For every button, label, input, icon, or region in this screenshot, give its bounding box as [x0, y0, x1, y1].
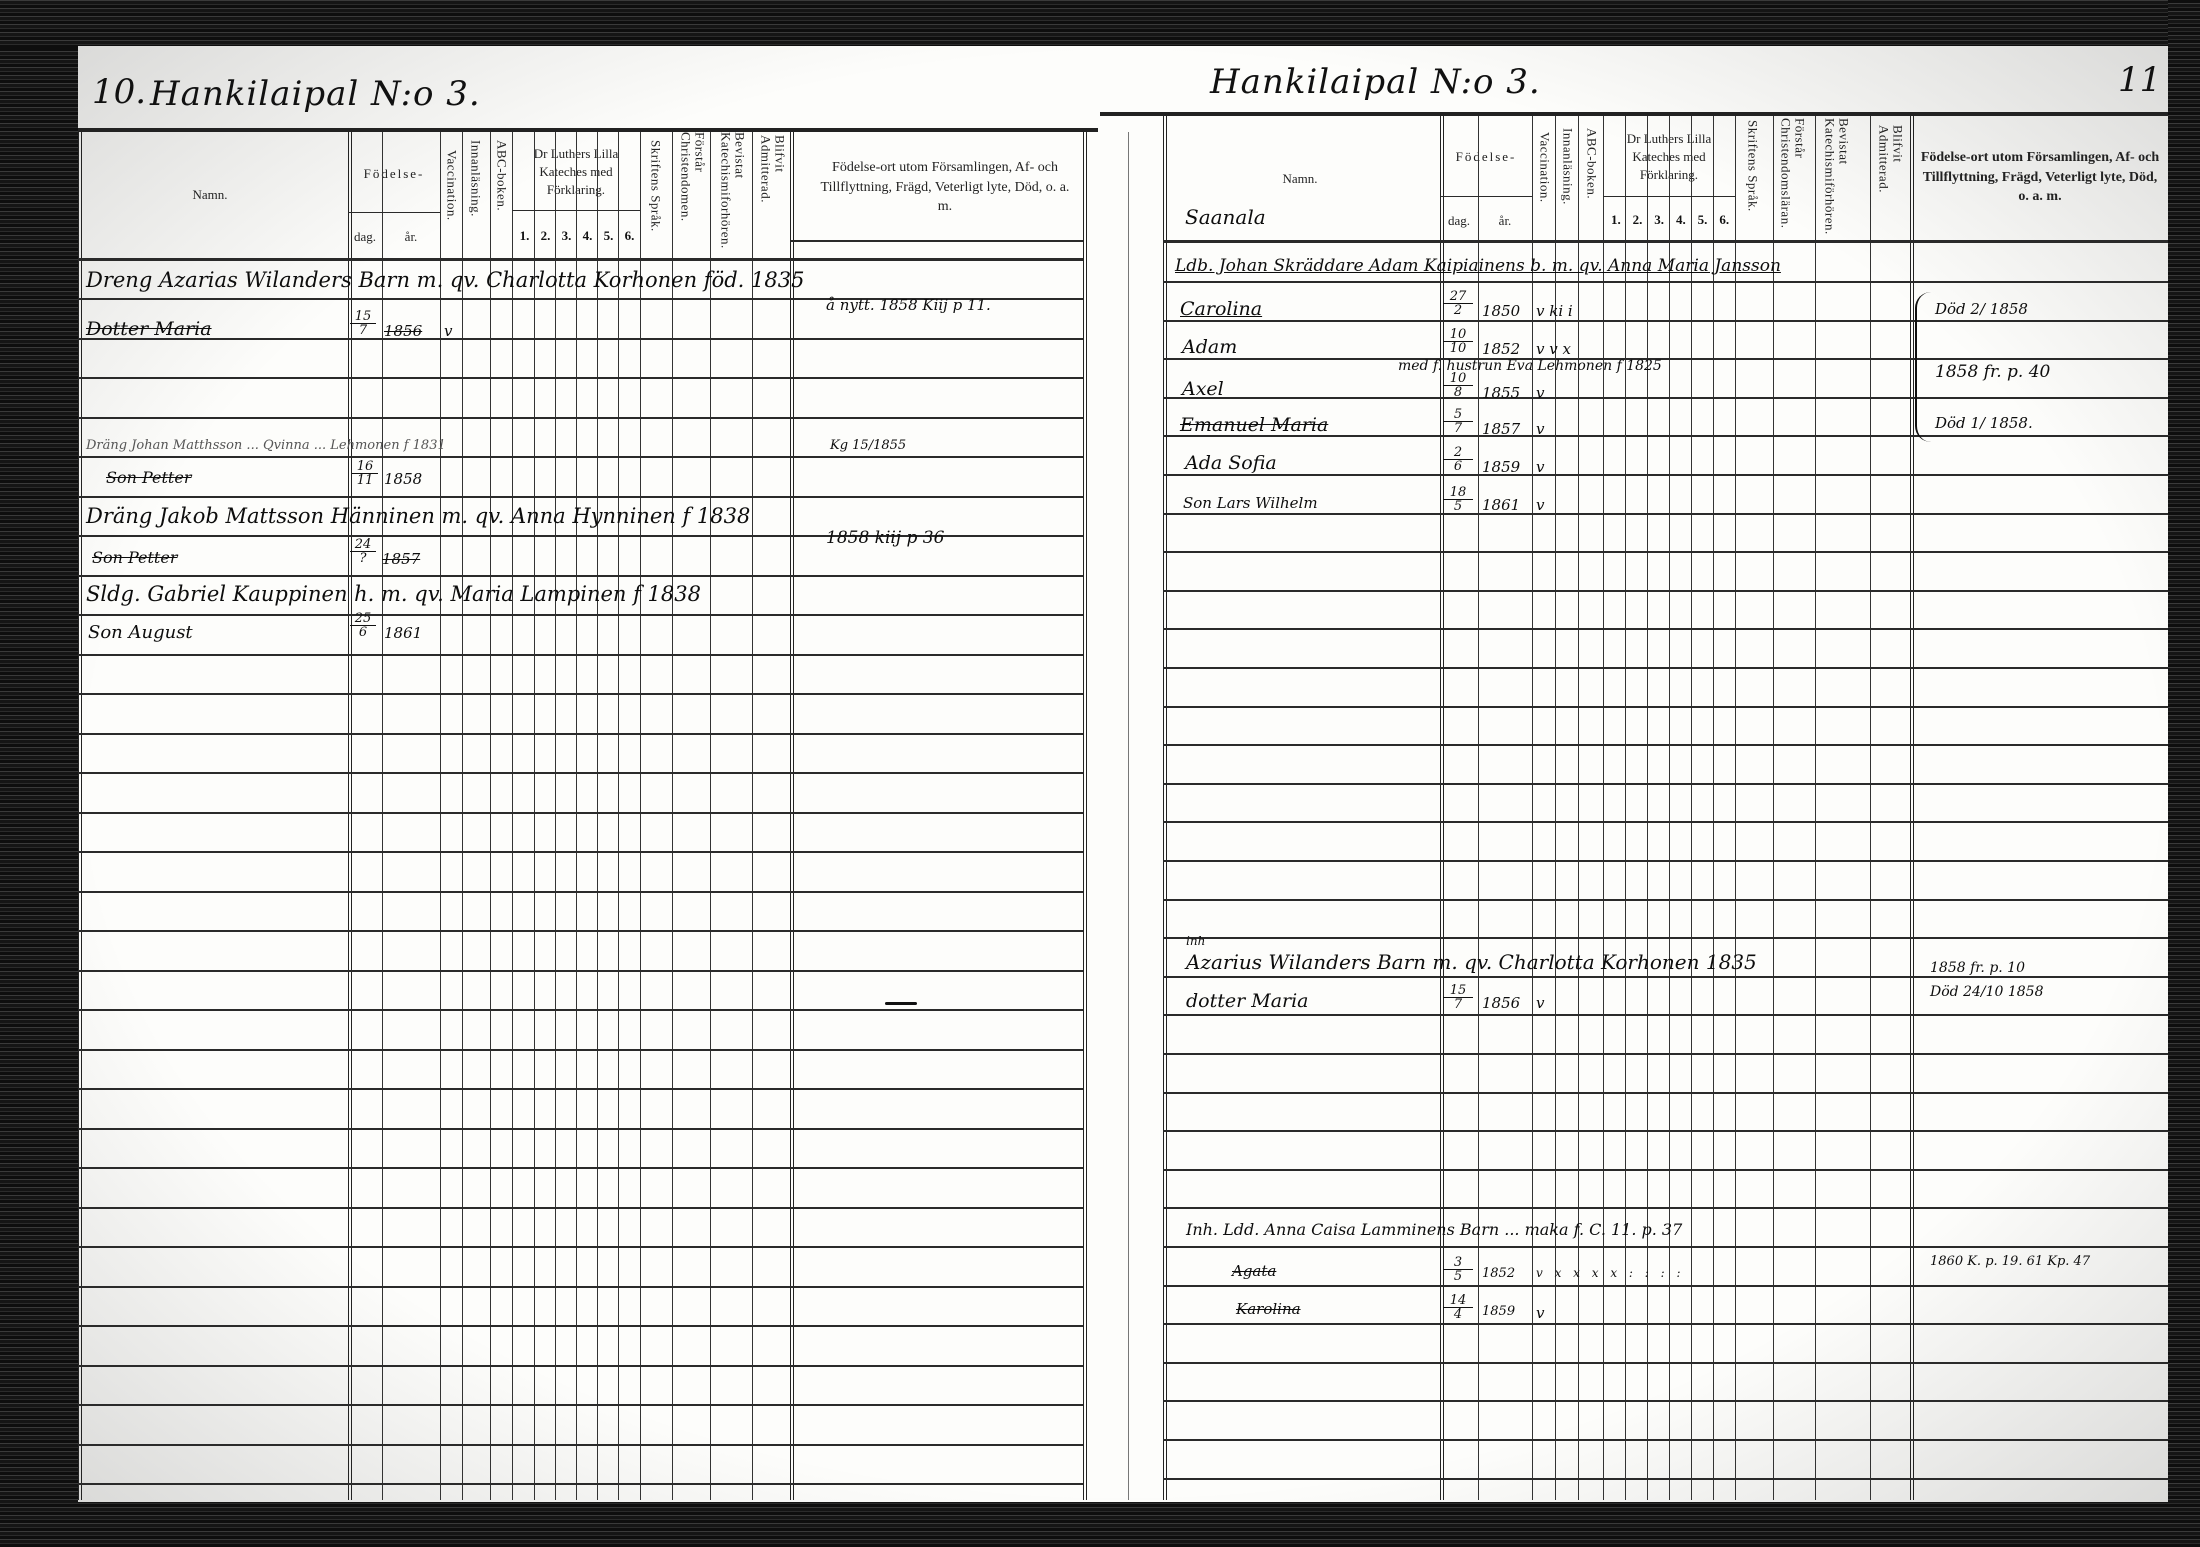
right-row-rule: [1163, 1400, 2168, 1402]
right-entry-2-remarks: Död 2/ 1858: [1935, 300, 2028, 318]
luther-col-5: 5.: [1692, 212, 1714, 228]
right-header-innanlasning: Innanläsning.: [1560, 128, 1574, 205]
right-row-rule: [1163, 744, 2168, 746]
right-entry-3-marks: v v x: [1536, 340, 1571, 358]
right-entry-9-prefix: inh: [1186, 934, 1205, 948]
left-header-abc: ABC-boken.: [494, 140, 508, 211]
left-row-rule: [78, 930, 1083, 932]
left-header-skriftens: Skriftens Språk.: [648, 140, 662, 232]
left-entry-8-ar: 1861: [384, 624, 422, 642]
right-entry-1-name: Ldb. Johan Skräddare Adam Kaipiainens b.…: [1175, 256, 1781, 276]
right-row-rule: [1163, 1130, 2168, 1132]
right-row-rule: [1163, 628, 2168, 630]
right-column-rule: [1691, 116, 1692, 1500]
left-entry-7-name: Sldg. Gabriel Kauppinen h. m. qv. Maria …: [86, 582, 701, 606]
right-entry-9-remarks: 1858 fr. p. 10: [1930, 960, 2025, 976]
left-row-rule: [78, 456, 1083, 458]
right-row-rule: [1163, 976, 2168, 978]
right-row-rule: [1163, 551, 2168, 553]
right-entry-13-marks: v: [1536, 1304, 1544, 1322]
right-entry-11-name: Inh. Ldd. Anna Caisa Lamminens Barn ... …: [1186, 1220, 1682, 1239]
family-brace: [1915, 292, 1931, 442]
left-header-ar: år.: [382, 228, 440, 246]
left-header-luther-cols: 1. 2. 3. 4. 5. 6.: [514, 228, 640, 244]
left-header-forstar: Förstår Christendomen.: [678, 132, 707, 252]
right-column-rule: [1773, 116, 1774, 1500]
luther-col-1: 1.: [514, 228, 535, 244]
right-entry-8-marks: v: [1536, 496, 1544, 514]
left-row-rule: [78, 772, 1083, 774]
right-entry-12-ar: 1852: [1482, 1266, 1515, 1281]
right-entry-5-ar: 1855: [1482, 384, 1520, 402]
left-header-namn: Namn.: [150, 186, 270, 204]
left-fodelse-subrule: [348, 212, 440, 213]
left-row-rule: [78, 614, 1083, 616]
right-entry-10-marks: v: [1536, 994, 1544, 1012]
right-row-rule: [1163, 1478, 2168, 1480]
luther-col-2: 2.: [1627, 212, 1649, 228]
right-header-vaccination: Vaccination.: [1537, 132, 1551, 203]
right-header-bevistat: Bevistat Katechismiförhören.: [1822, 118, 1851, 240]
right-entry-8-name: Son Lars Wilhelm: [1183, 494, 1318, 512]
right-entry-2-name: Carolina: [1180, 298, 1262, 320]
left-header-fodelse: Födelse-: [348, 165, 440, 183]
luther-col-4: 4.: [577, 228, 598, 244]
right-entry-6-ar: 1857: [1482, 420, 1520, 438]
right-header-bottom-rule: [1163, 240, 2168, 243]
left-header-bevistat: Bevistat Katechismiforhören.: [718, 132, 747, 252]
left-row-rule: [78, 1207, 1083, 1209]
right-row-rule: [1163, 1285, 2168, 1287]
right-column-rule: [1578, 116, 1579, 1500]
right-entry-11-remarks: 1860 K. p. 19. 61 Kp. 47: [1930, 1254, 2090, 1269]
right-row-rule: [1163, 1014, 2168, 1016]
right-row-rule: [1163, 1053, 2168, 1055]
right-header-fodelseort: Födelse-ort utom Församlingen, Af- och T…: [1920, 148, 2160, 207]
left-row-rule: [78, 733, 1083, 735]
left-row-rule: [78, 1404, 1083, 1406]
left-entry-3-name: Dräng Johan Matthsson ... Qvinna ... Leh…: [86, 438, 446, 453]
right-entry-2-marks: v ki i: [1536, 302, 1573, 320]
right-row-rule: [1163, 1323, 2168, 1325]
right-entry-13-name: Karolina: [1236, 1300, 1301, 1318]
luther-col-4: 4.: [1670, 212, 1692, 228]
left-row-rule: [78, 812, 1083, 814]
right-row-rule: [1163, 667, 2168, 669]
right-header-fodelse: Födelse-: [1440, 148, 1532, 166]
right-row-rule: [1163, 1092, 2168, 1094]
right-column-rule: [1647, 116, 1648, 1500]
right-row-rule: [1163, 1362, 2168, 1364]
right-row-rule: [1163, 860, 2168, 862]
right-entry-10-dag: 157: [1443, 984, 1473, 1011]
right-column-rule: [1815, 116, 1816, 1500]
left-entry-2-ar: 1856: [384, 322, 422, 340]
left-row-rule: [78, 891, 1083, 893]
right-entry-4-remarks: 1858 fr. p. 40: [1935, 362, 2050, 382]
right-row-rule: [1163, 783, 2168, 785]
right-entry-10-name: dotter Maria: [1186, 990, 1309, 1012]
right-column-rule: [1870, 116, 1871, 1500]
left-entry-5-remarks: 1858 kiij p 36: [826, 528, 944, 548]
left-entry-6-name: Son Petter: [92, 548, 177, 567]
left-row-rule: [78, 1049, 1083, 1051]
left-header-top-rule: [78, 128, 1098, 132]
right-header-ar: år.: [1478, 212, 1532, 230]
left-entry-6-dag: 24?: [350, 538, 376, 565]
left-page-number: 10.: [92, 72, 146, 112]
left-header-bottom-rule: [78, 258, 1083, 261]
left-row-rule: [78, 1286, 1083, 1288]
left-row-rule: [78, 377, 1083, 379]
right-entry-6-dag: 57: [1443, 408, 1473, 435]
right-entry-2-dag: 272: [1443, 290, 1473, 317]
left-entry-4-dag: 1611: [352, 460, 378, 487]
right-entry-12-name: Agata: [1232, 1262, 1276, 1280]
left-row-rule: [78, 417, 1083, 419]
left-header-dag: dag.: [348, 228, 382, 246]
right-entry-9-name: Azarius Wilanders Barn m. qv. Charlotta …: [1186, 950, 1757, 974]
scan-border-bottom: [0, 1500, 2200, 1547]
left-header-innanlasning: Innanläsning.: [468, 140, 482, 217]
ledger-spread: [78, 46, 2168, 1502]
left-header-blifvit: Blifvit Admitterad.: [758, 135, 787, 225]
left-row-rule: [78, 1325, 1083, 1327]
luther-col-3: 3.: [556, 228, 577, 244]
right-column-rule: [1478, 116, 1479, 1500]
right-header-dag: dag.: [1440, 212, 1478, 230]
left-entry-8-dag: 256: [350, 612, 376, 639]
left-row-rule: [78, 1483, 1083, 1485]
luther-col-2: 2.: [535, 228, 556, 244]
left-fodelseort-subrule: [790, 240, 1083, 242]
left-row-rule: [78, 970, 1083, 972]
right-entry-6-remarks: Död 1/ 1858.: [1935, 414, 2033, 432]
scan-border-right: [2168, 0, 2200, 1547]
right-entry-13-dag: 144: [1443, 1294, 1473, 1321]
right-header-top-rule: [1100, 112, 2168, 116]
left-page-title: Hankilaipal N:o 3.: [150, 74, 481, 114]
right-row-rule: [1163, 1169, 2168, 1171]
left-row-rule: [78, 496, 1083, 498]
stray-ink-dash: [885, 1002, 917, 1005]
luther-col-1: 1.: [1605, 212, 1627, 228]
right-page-number: 11: [2118, 60, 2161, 100]
right-column-rule: [1735, 116, 1736, 1500]
scan-border-top: [0, 0, 2200, 48]
right-entry-7-marks: v: [1536, 458, 1544, 476]
right-entry-5-dag: 108: [1443, 372, 1473, 399]
right-header-skriftens: Skriftens Språk.: [1745, 120, 1759, 212]
left-row-rule: [78, 1128, 1083, 1130]
right-entry-8-ar: 1861: [1482, 496, 1520, 514]
luther-col-6: 6.: [1713, 212, 1735, 228]
scan-border-left: [0, 0, 78, 1547]
right-row-rule: [1163, 590, 2168, 592]
right-column-rule: [1713, 116, 1714, 1500]
left-row-rule: [78, 1009, 1083, 1011]
right-header-forstar: Förstår Christendomsläran.: [1778, 118, 1807, 240]
right-row-rule: [1163, 1207, 2168, 1209]
left-entry-8-name: Son August: [88, 622, 193, 643]
right-row-rule: [1163, 474, 2168, 476]
right-row-rule: [1163, 513, 2168, 515]
right-row-rule: [1163, 706, 2168, 708]
luther-col-3: 3.: [1648, 212, 1670, 228]
right-entry-7-name: Ada Sofia: [1185, 452, 1277, 474]
right-entry-8-dag: 185: [1443, 486, 1473, 513]
left-row-rule: [78, 1444, 1083, 1446]
right-entry-7-dag: 26: [1443, 446, 1473, 473]
right-column-rule: [1910, 116, 1914, 1500]
right-entry-10-ar: 1856: [1482, 994, 1520, 1012]
left-row-rule: [78, 654, 1083, 656]
right-entry-10-remarks: Död 24/10 1858: [1930, 984, 2044, 1000]
left-entry-2-dag: 157: [350, 310, 376, 337]
left-row-rule: [78, 338, 1083, 340]
right-entry-7-ar: 1859: [1482, 458, 1520, 476]
left-entry-2-marks: v: [444, 322, 452, 340]
right-column-rule: [1625, 116, 1626, 1500]
left-row-rule: [78, 575, 1083, 577]
right-column-rule: [1603, 116, 1604, 1500]
right-column-rule: [1532, 116, 1533, 1500]
right-header-abc: ABC-boken.: [1584, 128, 1598, 199]
right-entry-6-marks: v: [1536, 420, 1544, 438]
right-fodelse-subrule: [1440, 196, 1532, 197]
left-entry-3-remarks: Kg 15/1855: [830, 438, 906, 453]
left-entry-1-remarks: å nytt. 1858 Kiij p 11.: [826, 296, 991, 314]
right-column-rule: [1669, 116, 1670, 1500]
left-row-rule: [78, 1088, 1083, 1090]
right-entry-3-ar: 1852: [1482, 340, 1520, 358]
right-page-title: Hankilaipal N:o 3.: [1210, 62, 1541, 102]
right-column-rule: [1440, 116, 1444, 1500]
luther-col-6: 6.: [619, 228, 640, 244]
left-row-rule: [78, 1365, 1083, 1367]
left-entry-4-ar: 1858: [384, 470, 422, 488]
right-row-rule: [1163, 821, 2168, 823]
left-column-rule: [1083, 132, 1087, 1500]
right-row-rule: [1163, 320, 2168, 322]
right-header-namn: Namn.: [1240, 170, 1360, 188]
right-row-rule: [1163, 281, 2168, 283]
right-entry-12-marks: v x x x x : : : :: [1536, 1266, 1685, 1280]
right-entry-4-note: med f. hustrun Eva Lehmonen f 1825: [1398, 358, 1662, 374]
right-row-rule: [1163, 899, 2168, 901]
left-header-fodelseort: Födelse-ort utom Församlingen, Af- och T…: [820, 158, 1070, 217]
right-row-rule: [1163, 937, 2168, 939]
right-row-rule: [1163, 1439, 2168, 1441]
right-entry-13-ar: 1859: [1482, 1304, 1515, 1319]
right-entry-3-name: Adam: [1182, 336, 1237, 358]
left-entry-5-name: Dräng Jakob Mattsson Hänninen m. qv. Ann…: [86, 504, 750, 528]
left-entry-6-ar: 1857: [382, 550, 420, 568]
right-column-rule: [1163, 116, 1167, 1500]
right-row-rule: [1163, 1246, 2168, 1248]
right-entry-3-dag: 1010: [1443, 328, 1473, 355]
right-row-rule: [1163, 397, 2168, 399]
left-entry-4-name: Son Petter: [106, 468, 191, 487]
left-entry-2-name: Dotter Maria: [86, 318, 212, 340]
left-row-rule: [78, 693, 1083, 695]
left-entry-1-name: Dreng Azarias Wilanders Barn m. qv. Char…: [86, 268, 804, 292]
right-entry-5-name: Axel: [1182, 378, 1224, 400]
right-column-rule: [1555, 116, 1556, 1500]
left-header-vaccination: Vaccination.: [444, 150, 458, 221]
right-entry-5-marks: v: [1536, 384, 1544, 402]
left-row-rule: [78, 851, 1083, 853]
luther-col-5: 5.: [598, 228, 619, 244]
right-header-blifvit: Blifvit Admitterad.: [1876, 125, 1905, 215]
right-entry-12-dag: 35: [1443, 1256, 1473, 1283]
left-luther-subrule: [512, 210, 640, 211]
left-row-rule: [78, 1246, 1083, 1248]
right-row-rule: [1163, 358, 2168, 360]
gutter-fold: [1128, 132, 1129, 1500]
right-entry-2-ar: 1850: [1482, 302, 1520, 320]
right-luther-subrule: [1603, 196, 1735, 197]
right-section-label: Saanala: [1185, 205, 1266, 229]
left-row-rule: [78, 1167, 1083, 1169]
right-entry-6-name: Emanuel Maria: [1180, 414, 1328, 436]
